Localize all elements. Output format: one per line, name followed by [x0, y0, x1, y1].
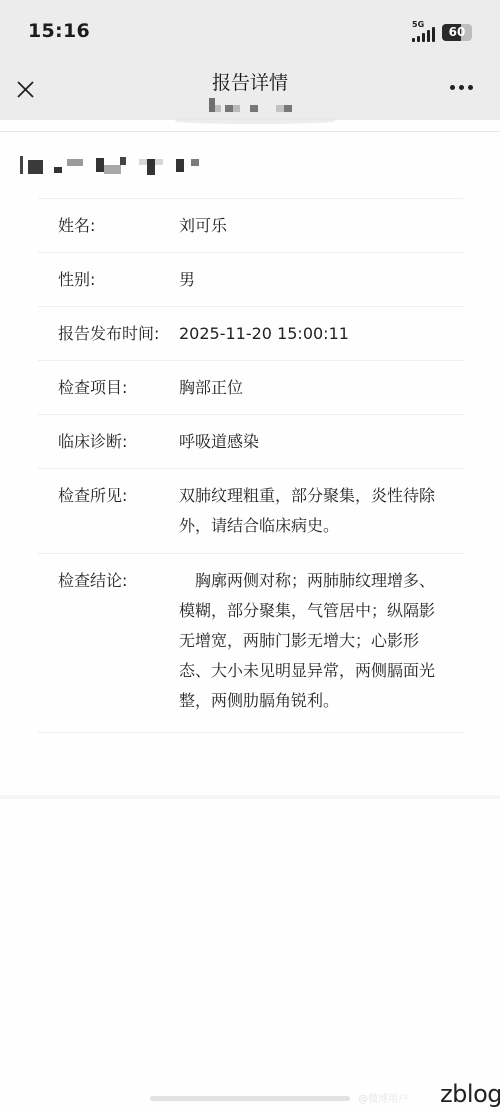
field-value: 双肺纹理粗重，部分聚集，炎性待除外，请结合临床病史。	[179, 481, 463, 541]
field-row-clinical-diagnosis: 临床诊断: 呼吸道感染	[38, 415, 463, 469]
field-label: 检查结论:	[38, 566, 179, 716]
page-title: 报告详情	[0, 68, 500, 95]
status-indicators: 5G 60	[412, 22, 472, 42]
field-row-gender: 性别: 男	[38, 253, 463, 307]
status-bar: 15:16 5G 60	[0, 0, 500, 62]
field-value: 呼吸道感染	[179, 430, 463, 454]
field-value: 男	[179, 268, 463, 292]
field-label: 性别:	[38, 268, 179, 292]
field-value: 胸廓两侧对称；两肺肺纹理增多、模糊，部分聚集，气管居中；纵隔影无增宽，两肺门影无…	[179, 566, 463, 716]
status-time: 15:16	[28, 20, 90, 42]
hospital-name-obscured	[0, 132, 500, 198]
nav-bar: 报告详情	[0, 62, 500, 120]
weibo-watermark: @微博用户	[358, 1090, 408, 1105]
home-indicator[interactable]	[150, 1096, 350, 1101]
field-row-name: 姓名: 刘可乐	[38, 199, 463, 253]
network-type: 5G	[412, 20, 424, 29]
field-label: 报告发布时间:	[38, 322, 179, 346]
field-row-conclusion: 检查结论: 胸廓两侧对称；两肺肺纹理增多、模糊，部分聚集，气管居中；纵隔影无增宽…	[38, 554, 463, 733]
signal-icon: 5G	[412, 22, 438, 42]
more-icon	[450, 85, 455, 90]
field-value: 2025-11-20 15:00:11	[179, 322, 463, 346]
field-label: 姓名:	[38, 214, 179, 238]
watermark: zblog	[440, 1080, 500, 1108]
field-value: 胸部正位	[179, 376, 463, 400]
battery-level: 60	[442, 24, 472, 41]
battery-icon: 60	[442, 24, 472, 41]
field-label: 检查所见:	[38, 481, 179, 541]
field-row-publish-time: 报告发布时间: 2025-11-20 15:00:11	[38, 307, 463, 361]
more-options-button[interactable]	[450, 80, 480, 94]
field-value: 刘可乐	[179, 214, 463, 238]
field-row-exam-item: 检查项目: 胸部正位	[38, 361, 463, 415]
field-label: 检查项目:	[38, 376, 179, 400]
section-divider	[0, 795, 500, 799]
report-detail-screen: 15:16 5G 60 报告详情	[0, 0, 500, 1111]
field-row-findings: 检查所见: 双肺纹理粗重，部分聚集，炎性待除外，请结合临床病史。	[38, 469, 463, 554]
field-label: 临床诊断:	[38, 430, 179, 454]
page-subtitle-obscured	[0, 96, 500, 112]
report-fields: 姓名: 刘可乐 性别: 男 报告发布时间: 2025-11-20 15:00:1…	[38, 198, 463, 733]
report-content: 姓名: 刘可乐 性别: 男 报告发布时间: 2025-11-20 15:00:1…	[0, 120, 500, 733]
